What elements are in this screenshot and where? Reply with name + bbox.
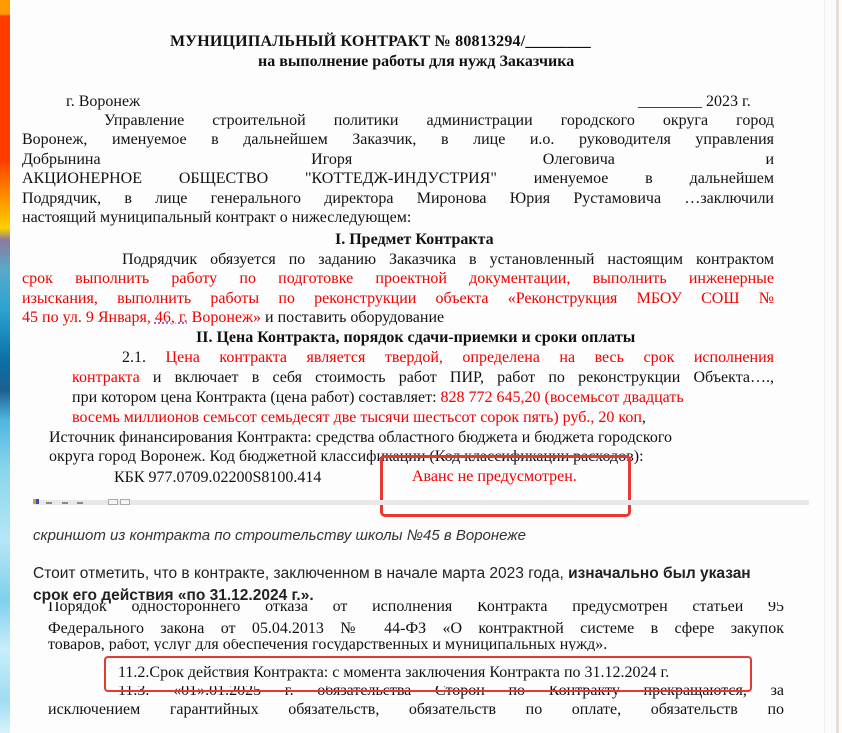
section-1-line-3: изыскания, выполнить работы по реконстру…: [22, 289, 774, 309]
equipment-text: и поставить оборудование: [261, 309, 444, 326]
toolbar-dash-icon: [77, 502, 83, 504]
price-comma: ,: [642, 409, 646, 426]
doc-app-icon: [33, 499, 39, 504]
preamble-line-1: Управление строительной политики админис…: [104, 111, 774, 131]
name-first: Игоря: [311, 150, 352, 170]
paragraph-text: Стоит отметить, что в контракте, заключе…: [33, 565, 568, 582]
clause-cost-text: и включает в себя стоимость работ ПИР, р…: [140, 369, 774, 386]
toolbar-dash-icon: [62, 502, 68, 504]
embedded-doc-toolbar: [33, 500, 809, 505]
section-1-line-4: 45 по ул. 9 Января, 46, г. Воронеж» и по…: [22, 308, 444, 328]
scrollbar-track[interactable]: [836, 0, 839, 733]
kbk-code: КБК 977.0709.02200S8100.414: [114, 468, 321, 488]
decorative-side-gradient: [0, 0, 10, 733]
clause-2-1-line-1: 2.1. Цена контракта является твердой, оп…: [122, 348, 774, 368]
clause-2-1-line-2: контракта и включает в себя стоимость ра…: [72, 368, 774, 388]
toolbar-dash-icon: [46, 502, 52, 504]
contract-subtitle: на выполнение работы для нужд Заказчика: [258, 52, 574, 72]
section-11-line-2: Федерального закона от 05.04.2013 № 44-Ф…: [48, 619, 784, 639]
section-1-heading: I. Предмет Контракта: [335, 230, 494, 250]
contract-screenshot-top: МУНИЦИПАЛЬНЫЙ КОНТРАКТ № 80813294/______…: [22, 0, 812, 500]
highlight-box-term: [104, 656, 752, 692]
funding-line-1: Источник финансирования Контракта: средс…: [49, 428, 672, 448]
clause-2-1-line-3: при котором цена Контракта (цена работ) …: [72, 388, 774, 408]
preamble-line-3: Добрынина Игоря Олеговича и: [22, 150, 774, 170]
preamble-line-4: АКЦИОНЕРНОЕ ОБЩЕСТВО "КОТТЕДЖ-ИНДУСТРИЯ"…: [22, 169, 774, 189]
contract-title: МУНИЦИПАЛЬНЫЙ КОНТРАКТ № 80813294/______…: [170, 32, 591, 52]
price-words: восемь миллионов семьсот семьдесят две т…: [72, 409, 642, 426]
preamble-line-6: настоящий муниципальный контракт о нижес…: [22, 208, 411, 228]
address-house: 46, г.: [155, 309, 188, 326]
section-1-line-1: Подрядчик обязуется по заданию Заказчика…: [122, 250, 774, 270]
image-caption: скриншот из контракта по строительству ш…: [33, 527, 526, 544]
contract-city: г. Воронеж: [66, 92, 140, 112]
name-and: и: [765, 150, 774, 170]
section-1-line-2: срок выполнить работу по подготовке прое…: [22, 269, 774, 289]
name-surname: Добрынина: [22, 150, 101, 170]
address-part-1: 45 по ул. 9 Января,: [22, 309, 155, 326]
highlight-box-advance: [380, 455, 631, 517]
section-11-line-3: товаров, работ, услуг для обеспечения го…: [48, 639, 607, 651]
section-11-line-1: Порядок одностороннего отказа от исполне…: [48, 602, 784, 616]
contract-word: контракта: [72, 369, 140, 386]
clause-red-text: Цена контракта является твердой, определ…: [166, 349, 774, 366]
page-scrollbar[interactable]: [824, 0, 842, 733]
toolbar-button[interactable]: [108, 499, 118, 505]
toolbar-button[interactable]: [120, 499, 130, 505]
clause-2-1-line-4: восемь миллионов семьсот семьдесят две т…: [72, 408, 646, 428]
contract-date: ________ 2023 г.: [638, 92, 751, 112]
clause-number: 2.1.: [122, 349, 146, 366]
name-patronymic: Олеговича: [543, 150, 615, 170]
preamble-line-2: Воронеж, именуемое в дальнейшем Заказчик…: [22, 130, 774, 150]
price-label: при котором цена Контракта (цена работ) …: [72, 389, 441, 406]
address-part-2: Воронеж»: [188, 309, 261, 326]
section-2-heading: II. Цена Контракта, порядок сдачи-приемк…: [196, 328, 635, 348]
section-11-line-after: исключением гарантийных обязательств, об…: [48, 700, 784, 720]
preamble-line-5: Подрядчик, в лице генерального директора…: [22, 189, 774, 209]
price-value: 828 772 645,20 (восемьсот двадцать: [441, 389, 684, 406]
